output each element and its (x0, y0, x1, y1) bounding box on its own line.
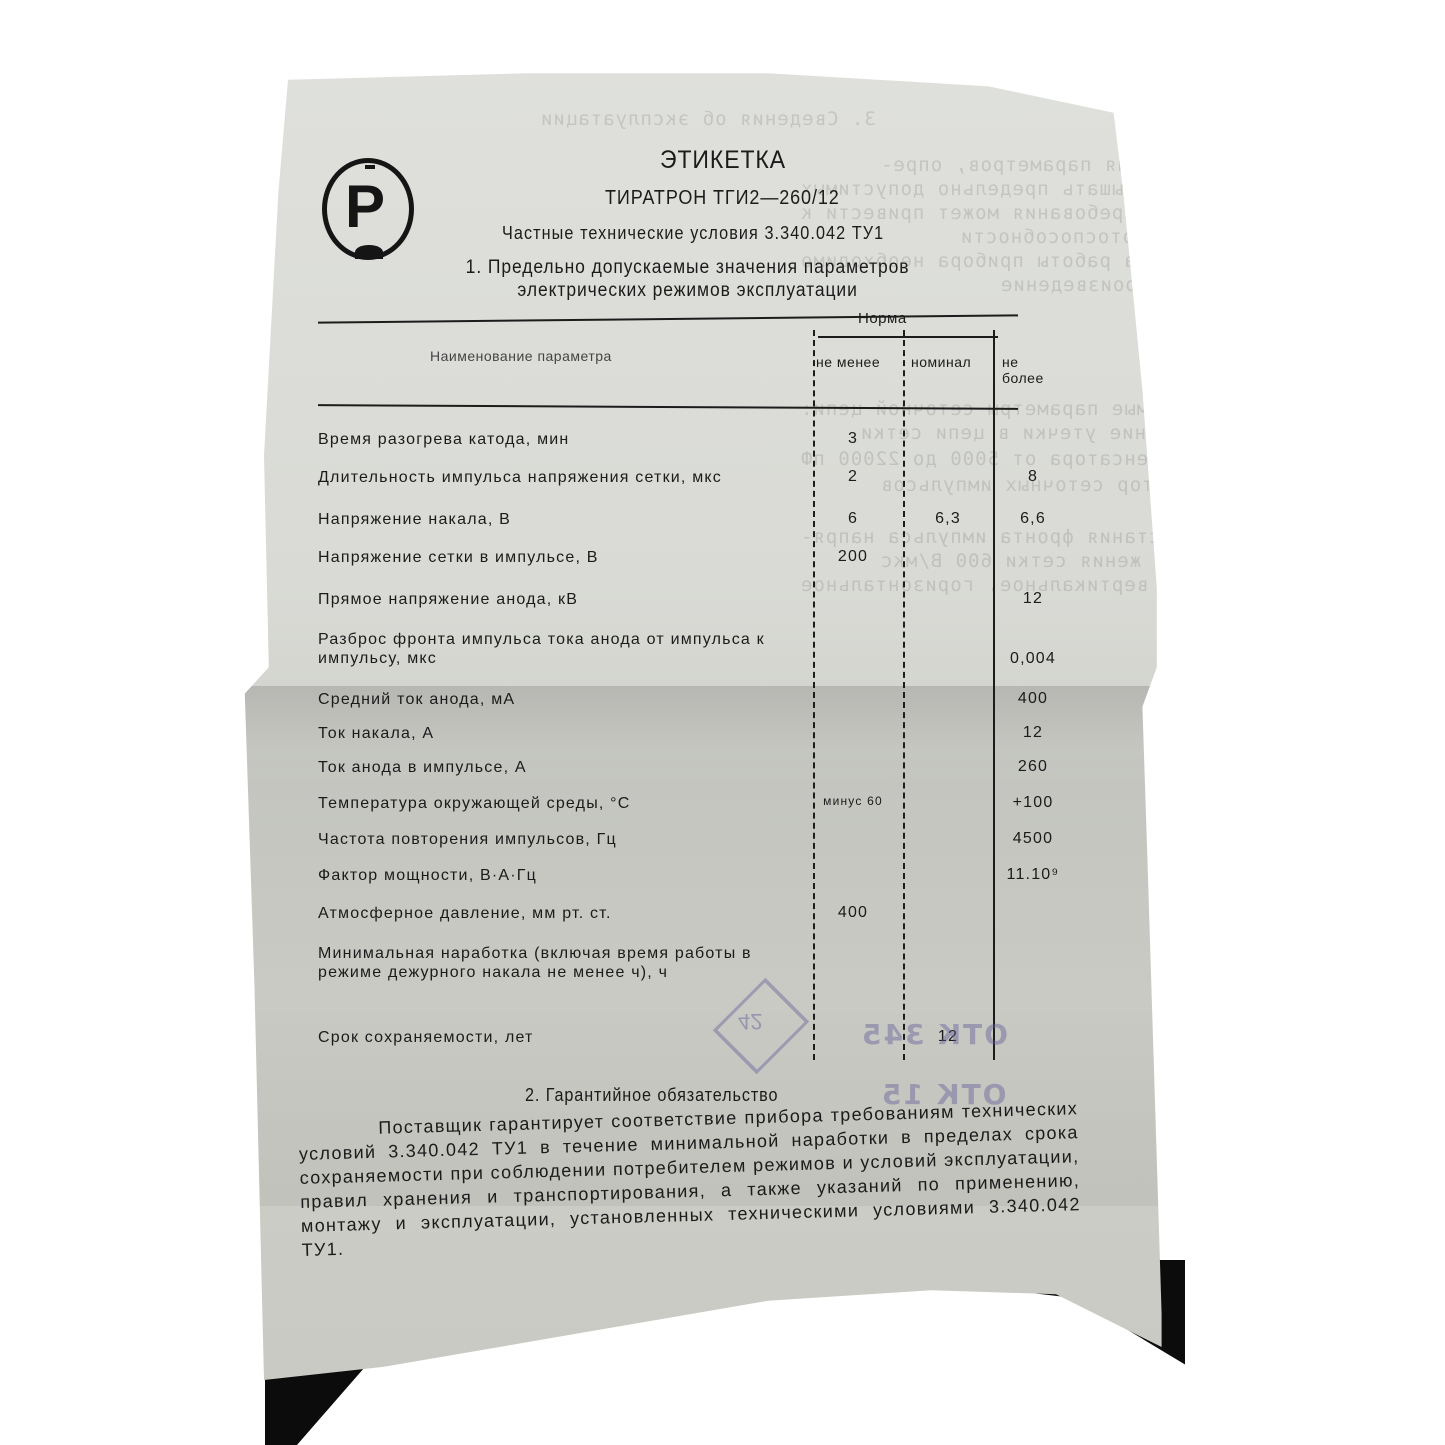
value-min: 6 (808, 510, 898, 528)
header-nominal: номинал (911, 354, 971, 370)
header-max: не более (1002, 354, 1044, 386)
parameter-name: Напряжение накала, В (318, 510, 798, 529)
value-nom: 6,3 (903, 510, 993, 528)
column-divider (903, 330, 905, 1060)
value-max: 260 (988, 758, 1078, 776)
reverse-line: б) емкость разделительного конденсатора … (800, 448, 1445, 470)
value-max: 12 (988, 724, 1078, 742)
logo-letter: Р (345, 177, 385, 237)
header-min: не менее (816, 354, 880, 370)
reverse-line: деляющих режим, не должны превышать пред… (800, 178, 1445, 200)
value-max: 400 (988, 690, 1078, 708)
qc-diamond-number: 42 (738, 1008, 762, 1034)
warranty-text: Поставщик гарантирует соответствие прибо… (298, 1096, 1082, 1262)
parameter-name: Средний ток анода, мА (318, 690, 798, 709)
value-min: минус 60 (808, 794, 898, 808)
reverse-line: произведение (1000, 274, 1149, 296)
logo-base (355, 245, 383, 259)
reverse-line: 3. 1. При эксплуатации значения параметр… (880, 154, 1445, 176)
reverse-line: а) сопротивление утечки в цепи сетки (860, 422, 1308, 444)
value-max: 12 (988, 590, 1078, 608)
value-min: 400 (808, 904, 898, 922)
parameter-name: Ток накала, А (318, 724, 798, 743)
otk-stamp-top: ОТК 345 (860, 1018, 1008, 1051)
parameter-name: Прямое напряжение анода, кВ (318, 590, 798, 609)
reverse-line: 3. 4. Наименьшая крутизна нарастания фро… (800, 526, 1445, 548)
value-max: 0,004 (988, 650, 1078, 668)
value-min: 2 (808, 468, 898, 486)
section1-title: 1. Предельно допускаемые значения параме… (430, 256, 945, 302)
value-min: 3 (808, 430, 898, 448)
value-min: 200 (808, 548, 898, 566)
header-norm: Норма (858, 310, 907, 327)
value-max: 4500 (988, 830, 1078, 848)
value-max: 11.10⁹ (988, 866, 1078, 884)
technical-spec: Частные технические условия 3.340.042 ТУ… (502, 223, 884, 244)
reverse-heading: 3. Сведения об эксплуатации (540, 108, 876, 130)
value-max: 6,6 (988, 510, 1078, 528)
parameter-name: Разброс фронта импульса тока анода от им… (318, 630, 788, 668)
reverse-line: жения сетки 600 В/мкс (880, 550, 1141, 572)
value-max: 8 (988, 468, 1078, 486)
parameter-name: Длительность импульса напряжения сетки, … (318, 468, 798, 487)
product-name: ТИРАТРОН ТГИ2—260/12 (605, 187, 840, 210)
section1-line1: 1. Предельно допускаемые значения параме… (430, 256, 945, 279)
norm-underline (818, 336, 998, 338)
parameter-name: Ток анода в импульсе, А (318, 758, 798, 777)
parameter-name: Температура окружающей среды, °С (318, 794, 798, 813)
parameter-name: Фактор мощности, В·А·Гц (318, 866, 798, 885)
logo-mark (365, 165, 375, 169)
label-sheet: 3. Сведения об эксплуатации 3. 1. При эк… (240, 60, 1200, 1380)
parameter-name: Напряжение сетки в импульсе, В (318, 548, 798, 567)
document-label-title: ЭТИКЕТКА (660, 146, 786, 175)
parameter-name: Частота повторения импульсов, Гц (318, 830, 798, 849)
header-parameter: Наименование параметра (430, 348, 612, 364)
parameter-name: Время разогрева катода, мин (318, 430, 798, 449)
reverse-line: 3. 5. Рабочее положение прибора — вертик… (800, 574, 1445, 596)
section2-title: 2. Гарантийное обязательство (525, 1085, 778, 1106)
value-max: +100 (988, 794, 1078, 812)
manufacturer-logo: Р (322, 158, 414, 260)
table-top-rule (318, 314, 1018, 323)
section1-line2: электрических режимов эксплуатации (430, 279, 945, 302)
parameter-name: Атмосферное давление, мм рт. ст. (318, 904, 798, 923)
parameter-name: Минимальная наработка (включая время раб… (318, 944, 788, 982)
reverse-line: значений. Невыполнение этого требования … (800, 202, 1445, 224)
warranty-body: Поставщик гарантирует соответствие прибо… (299, 1098, 1081, 1260)
reverse-line: работоспособности (960, 226, 1171, 248)
